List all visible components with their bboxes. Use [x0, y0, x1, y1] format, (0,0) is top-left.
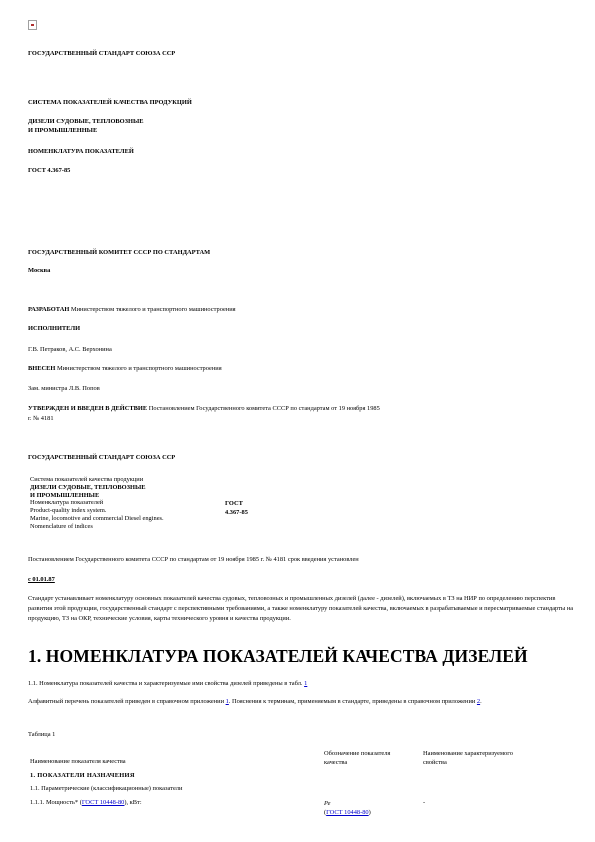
- approved: УТВЕРЖДЕН И ВВЕДЕН В ДЕЙСТВИЕ Постановле…: [28, 405, 380, 413]
- table-header-property: Наименование характеризуемого свойства: [423, 749, 533, 767]
- deputy-minister: Зам. министра Л.В. Попов: [28, 385, 100, 393]
- approved-label: УТВЕРЖДЕН И ВВЕДЕН В ДЕЙСТВИЕ: [28, 405, 147, 412]
- city: Москва: [28, 267, 50, 275]
- gost-label: ГОСТ: [225, 499, 248, 508]
- intro-paragraph: Стандарт устанавливает номенклатуру осно…: [28, 594, 576, 624]
- p2-text-a: Алфавитный перечень показателей приведен…: [28, 698, 226, 705]
- performers-label: ИСПОЛНИТЕЛИ: [28, 325, 80, 333]
- p2-text-b: . Пояснения к терминам, применяемым в ст…: [229, 698, 477, 705]
- table-row-power: 1.1.1. Мощность* (ГОСТ 10448-80), кВт:: [30, 799, 142, 807]
- table-row-subsection: 1.1. Параметрические (классификационные)…: [30, 785, 182, 793]
- committee-title: ГОСУДАРСТВЕННЫЙ КОМИТЕТ СССР ПО СТАНДАРТ…: [28, 249, 210, 257]
- state-standard-title-2: ГОСУДАРСТВЕННЫЙ СТАНДАРТ СОЮЗА ССР: [28, 454, 175, 462]
- standard-line: Система показателей качества продукции: [30, 476, 164, 484]
- power-property: -: [423, 799, 425, 807]
- standard-line: Номенклатура показателей: [30, 499, 164, 507]
- table-caption: Таблица 1: [28, 731, 55, 739]
- power-symbol-ref: (ГОСТ 10448-80): [324, 808, 371, 817]
- state-standard-title: ГОСУДАРСТВЕННЫЙ СТАНДАРТ СОЮЗА ССР: [28, 50, 175, 58]
- introduced-label: ВНЕСЕН: [28, 365, 55, 372]
- p2-text-c: .: [480, 698, 482, 705]
- gost-code-block: ГОСТ 4.367-85: [225, 499, 248, 517]
- developed-label: РАЗРАБОТАН: [28, 306, 69, 313]
- section-heading: 1. НОМЕНКЛАТУРА ПОКАЗАТЕЛЕЙ КАЧЕСТВА ДИЗ…: [28, 646, 528, 667]
- broken-image-icon: [28, 20, 37, 30]
- power-symbol-cell: Ре (ГОСТ 10448-80): [324, 799, 371, 817]
- nomenclature-title: НОМЕНКЛАТУРА ПОКАЗАТЕЛЕЙ: [28, 148, 134, 156]
- decree-text: Постановлением Государственного комитета…: [28, 556, 359, 564]
- diesel-line-2: И ПРОМЫШЛЕННЫЕ: [28, 127, 97, 135]
- effective-date: с 01.01.87: [28, 576, 55, 584]
- introduced-text: Министерством тяжелого и транспортного м…: [55, 365, 221, 372]
- table-1-link[interactable]: 1: [304, 680, 307, 687]
- standard-line: Marine, locomotive and commercial Diesel…: [30, 515, 164, 523]
- table-header-symbol: Обозначение показателя качества: [324, 749, 394, 767]
- standard-line: Nomenclature of indices: [30, 523, 164, 531]
- table-header-name: Наименование показателя качества: [30, 758, 126, 766]
- paragraph-appendix: Алфавитный перечень показателей приведен…: [28, 697, 576, 707]
- power-symbol: Ре: [324, 799, 371, 808]
- standard-title-block: Система показателей качества продукции Д…: [30, 476, 164, 531]
- paragraph-1-1: 1.1. Номенклатура показателей качества и…: [28, 680, 307, 688]
- developed-text: Министерством тяжелого и транспортного м…: [69, 306, 235, 313]
- p1-text: 1.1. Номенклатура показателей качества и…: [28, 680, 304, 687]
- gost-10448-link[interactable]: ГОСТ 10448-80: [82, 799, 125, 806]
- introduced-by: ВНЕСЕН Министерством тяжелого и транспор…: [28, 365, 222, 373]
- approved-text-2: г. № 4181: [28, 415, 54, 423]
- gost-code: 4.367-85: [225, 508, 248, 517]
- standard-line: ДИЗЕЛИ СУДОВЫЕ, ТЕПЛОВОЗНЫЕ: [30, 484, 164, 492]
- performers: Г.В. Петраков, А.С. Верхонина: [28, 346, 112, 354]
- standard-line: Product-quality index system.: [30, 507, 164, 515]
- table-row-section: 1. ПОКАЗАТЕЛИ НАЗНАЧЕНИЯ: [30, 772, 135, 780]
- developed-by: РАЗРАБОТАН Министерством тяжелого и тран…: [28, 306, 236, 314]
- standard-line: И ПРОМЫШЛЕННЫЕ: [30, 492, 164, 500]
- system-title: СИСТЕМА ПОКАЗАТЕЛЕЙ КАЧЕСТВА ПРОДУКЦИЙ: [28, 99, 192, 107]
- gost-number: ГОСТ 4.367-85: [28, 167, 70, 175]
- approved-text: Постановлением Государственного комитета…: [147, 405, 380, 412]
- power-name-b: ), кВт:: [124, 799, 141, 806]
- gost-10448-symbol-link[interactable]: ГОСТ 10448-80: [326, 809, 369, 816]
- power-name-a: 1.1.1. Мощность* (: [30, 799, 82, 806]
- diesel-line-1: ДИЗЕЛИ СУДОВЫЕ, ТЕПЛОВОЗНЫЕ: [28, 118, 144, 126]
- effective-date-value: с 01.01.87: [28, 576, 55, 583]
